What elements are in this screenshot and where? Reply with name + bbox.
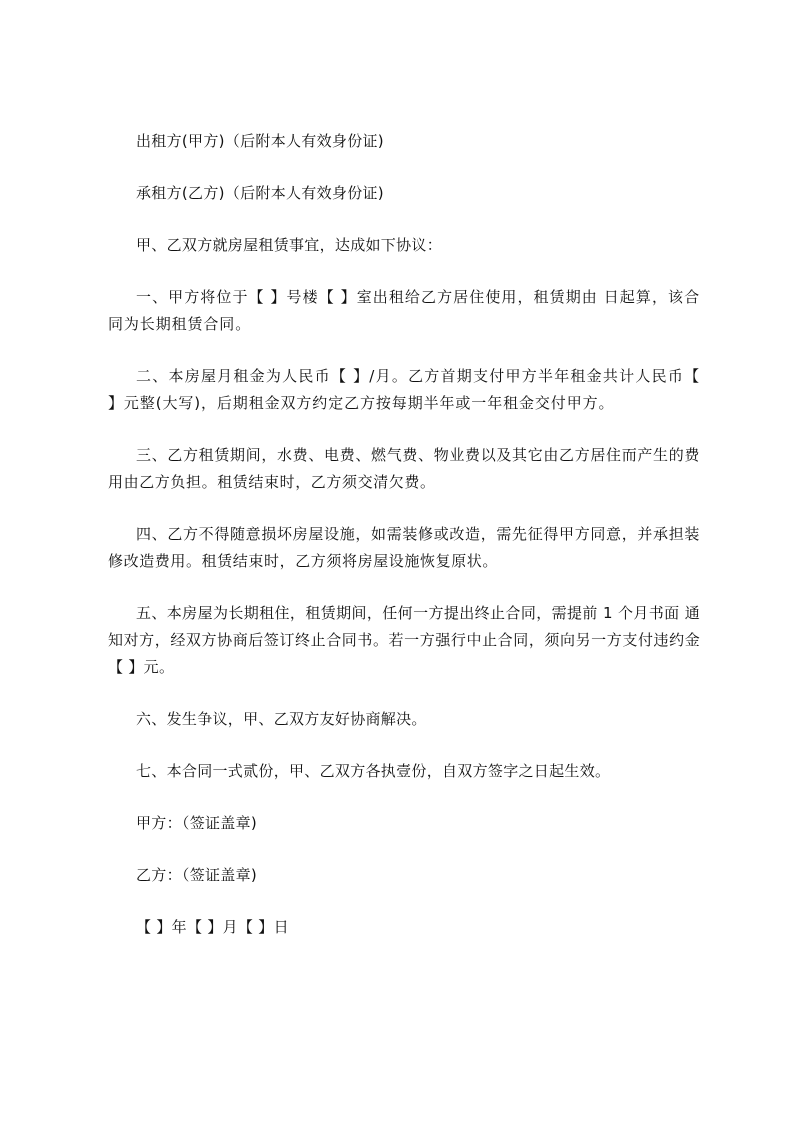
signature-party-a: 甲方：（签证盖章) bbox=[108, 810, 700, 837]
lessor-line: 出租方(甲方)（后附本人有效身份证) bbox=[108, 128, 700, 155]
clause-1: 一、甲方将位于【 】号楼【 】室出租给乙方居住使用，租赁期由 日起算，该合同为长… bbox=[108, 284, 700, 338]
clause-7: 七、本合同一式贰份，甲、乙双方各执壹份，自双方签字之日起生效。 bbox=[108, 758, 700, 785]
clause-6: 六、发生争议，甲、乙双方友好协商解决。 bbox=[108, 706, 700, 733]
clause-4: 四、乙方不得随意损坏房屋设施，如需装修或改造，需先征得甲方同意，并承担装修改造费… bbox=[108, 521, 700, 575]
lessee-line: 承租方(乙方)（后附本人有效身份证) bbox=[108, 180, 700, 207]
clause-3: 三、乙方租赁期间，水费、电费、燃气费、物业费以及其它由乙方居住而产生的费用由乙方… bbox=[108, 442, 700, 496]
document-page: 出租方(甲方)（后附本人有效身份证) 承租方(乙方)（后附本人有效身份证) 甲、… bbox=[108, 128, 700, 966]
signing-date: 【 】年【 】月【 】日 bbox=[108, 914, 700, 941]
clause-5: 五、本房屋为长期租住，租赁期间，任何一方提出终止合同，需提前 1 个月书面 通知… bbox=[108, 600, 700, 681]
signature-party-b: 乙方：（签证盖章) bbox=[108, 862, 700, 889]
clause-2: 二、本房屋月租金为人民币【 】/月。乙方首期支付甲方半年租金共计人民币【 】元整… bbox=[108, 363, 700, 417]
agreement-intro: 甲、乙双方就房屋租赁事宜，达成如下协议： bbox=[108, 232, 700, 259]
